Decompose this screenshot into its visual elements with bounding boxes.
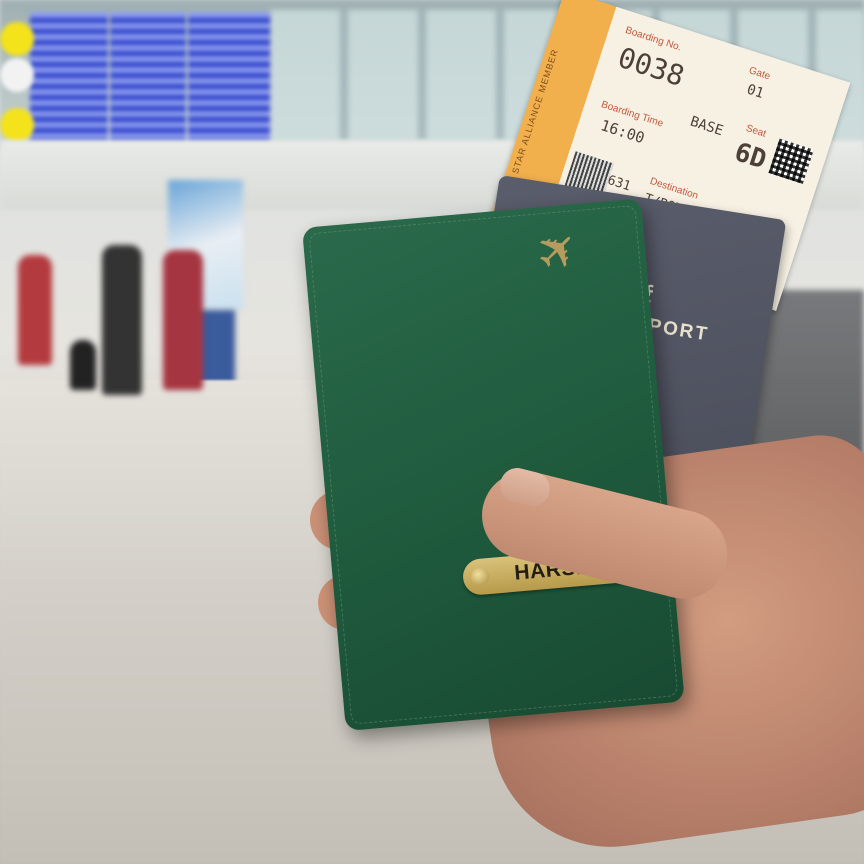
seat: 6D bbox=[731, 137, 770, 175]
traveler bbox=[18, 255, 52, 365]
passport-cover: ✈ HARSHIT bbox=[302, 198, 685, 731]
seat-label: Seat bbox=[744, 123, 767, 140]
traveler bbox=[102, 245, 142, 395]
gate-label: Gate bbox=[747, 65, 771, 82]
board-light bbox=[0, 108, 34, 142]
airplane-icon: ✈ bbox=[523, 215, 594, 286]
flight-board bbox=[30, 12, 108, 142]
traveler bbox=[163, 250, 203, 390]
flight-board bbox=[188, 12, 270, 142]
gate: 01 bbox=[745, 82, 766, 102]
qr-code bbox=[768, 139, 813, 184]
luggage bbox=[70, 340, 96, 390]
board-light bbox=[0, 22, 34, 56]
fare-class: BASE bbox=[688, 114, 725, 140]
rivet bbox=[470, 567, 490, 587]
flight-board bbox=[110, 12, 186, 142]
board-light bbox=[0, 58, 34, 92]
